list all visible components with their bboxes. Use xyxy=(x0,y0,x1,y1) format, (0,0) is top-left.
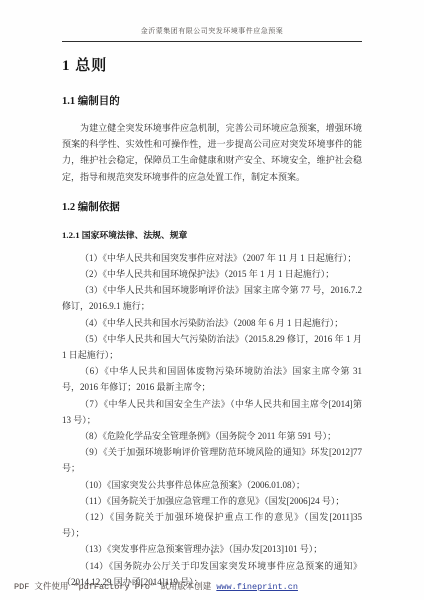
section-1-1-title: 1.1 编制目的 xyxy=(62,93,362,108)
page-content: 1 总则 1.1 编制目的 为建立健全突发环境事件应急机制，完善公司环境应急预案… xyxy=(62,42,362,590)
chapter-title: 1 总则 xyxy=(62,54,362,75)
law-item: （7）《中华人民共和国安全生产法》（中华人民共和国主席令[2014]第 13 号… xyxy=(62,396,362,428)
law-item: （3）《中华人民共和国环境影响评价法》国家主席令第 77 号，2016.7.2 … xyxy=(62,282,362,314)
section-1-2-title: 1.2 编制依据 xyxy=(62,199,362,214)
law-item: （12）《国务院关于加强环境保护重点工作的意见》（国发[2011]35 号）； xyxy=(62,509,362,541)
law-item: （8）《危险化学品安全管理条例》（国务院令 2011 年第 591 号）； xyxy=(62,428,362,444)
law-item: （11）《国务院关于加强应急管理工作的意见》（国发[2006]24 号）； xyxy=(62,493,362,509)
subsection-1-2-1-title: 1.2.1 国家环境法律、法规、规章 xyxy=(62,228,362,241)
law-item: （2）《中华人民共和国环境保护法》（2015 年 1 月 1 日起施行）； xyxy=(62,266,362,282)
law-item: （6）《中华人民共和国固体废物污染环境防治法》国家主席令第 31 号，2016 … xyxy=(62,363,362,395)
running-header: 金沂蒙集团有限公司突发环境事件应急预案 xyxy=(62,26,362,42)
law-item: （10）《国家突发公共事件总体应急预案》（2006.01.08）； xyxy=(62,477,362,493)
document-page: 金沂蒙集团有限公司突发环境事件应急预案 1 总则 1.1 编制目的 为建立健全突… xyxy=(0,0,424,600)
pdf-trial-footer: PDF 文件使用 “pdfFactory Pro” 试用版本创建 www.fin… xyxy=(14,580,298,592)
purpose-paragraph: 为建立健全突发环境事件应急机制，完善公司环境应急预案，增强环境预案的科学性、实效… xyxy=(62,120,362,185)
fineprint-link[interactable]: www.fineprint.cn xyxy=(216,582,298,592)
pdf-trial-notice: PDF 文件使用 “pdfFactory Pro” 试用版本创建 xyxy=(14,582,216,592)
law-list: （1）《中华人民共和国突发事件应对法》（2007 年 11 月 1 日起施行）；… xyxy=(62,250,362,590)
law-item: （4）《中华人民共和国水污染防治法》（2008 年 6 月 1 日起施行）； xyxy=(62,315,362,331)
page-number: 1 xyxy=(0,548,424,557)
law-item: （5）《中华人民共和国大气污染防治法》（2015.8.29 修订，2016 年 … xyxy=(62,331,362,363)
law-item: （9）《关于加强环境影响评价管理防范环境风险的通知》环发[2012]77 号； xyxy=(62,444,362,476)
law-item: （1）《中华人民共和国突发事件应对法》（2007 年 11 月 1 日起施行）； xyxy=(62,250,362,266)
